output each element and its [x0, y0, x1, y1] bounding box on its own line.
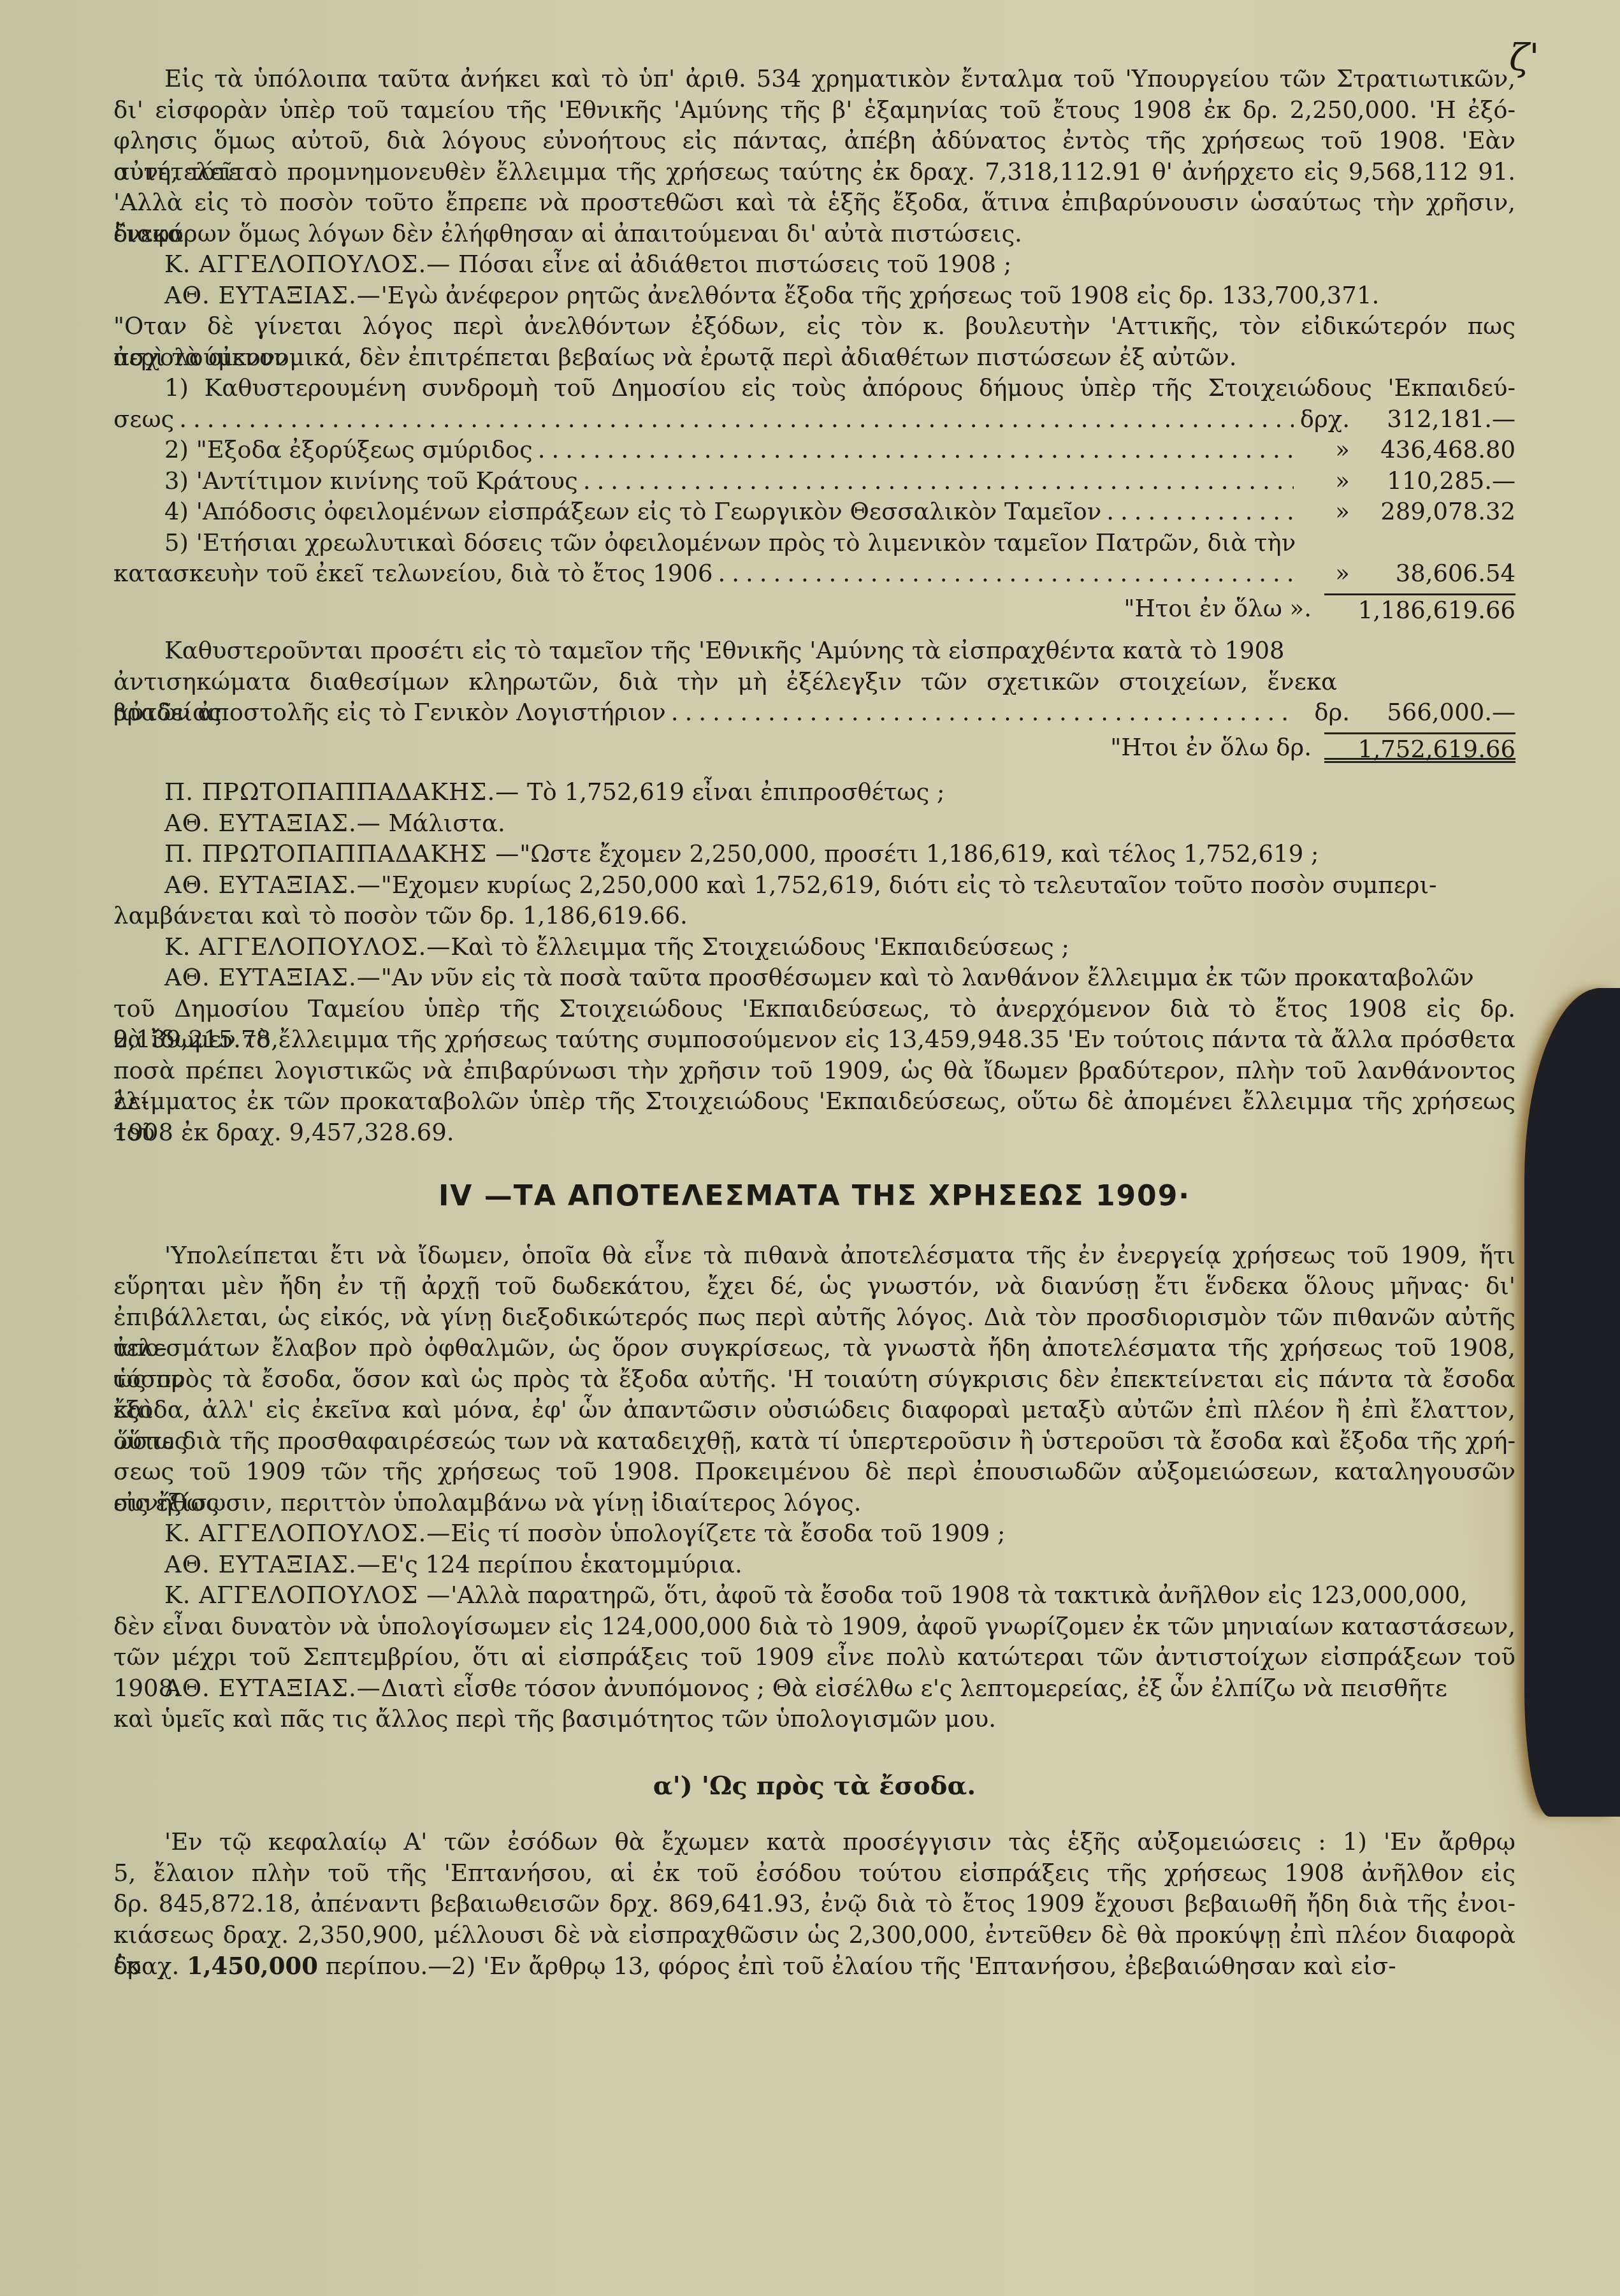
- text-line: δρ. 845,872.18, ἀπέναντι βεβαιωθεισῶν δρ…: [113, 1889, 1515, 1920]
- document-page: ζ' Εἰς τὰ ὑπόλοιπα ταῦτα ἀνήκει καὶ τὸ ὑ…: [0, 0, 1620, 2296]
- text-line: περὶ τὰ οἰκονομικά, δὲν ἐπιτρέπεται βεβα…: [113, 342, 1515, 374]
- text-line: ἐπιβάλλεται, ὡς εἰκός, νὰ γίνῃ διεξοδικώ…: [113, 1302, 1515, 1333]
- text-fragment: δραχ.: [113, 1952, 187, 1980]
- speech-text: 'Εγὼ ἀνέφερον ρητῶς ἀνελθόντα ἔξοδα τῆς …: [381, 282, 1379, 309]
- speaker-name: ΑΘ. ΕΥΤΑΞΙΑΣ.—: [164, 1551, 381, 1578]
- leader-dots: ........................................…: [179, 404, 1294, 435]
- speech-text: Πόσαι εἶνε αἱ ἀδιάθετοι πιστώσεις τοῦ 19…: [451, 251, 1011, 278]
- dialogue-line: ΑΘ. ΕΥΤΑΞΙΑΣ.—Ε'ς 124 περίπου ἑκατομμύρι…: [113, 1550, 1515, 1581]
- speech-text: Καὶ τὸ ἔλλειμμα τῆς Στοιχειώδους 'Εκπαιδ…: [451, 933, 1069, 961]
- dialogue-line: ΑΘ. ΕΥΤΑΞΙΑΣ.— Μάλιστα.: [113, 808, 1515, 839]
- text-line: Καθυστεροῦνται προσέτι εἰς τὸ ταμεῖον τῆ…: [113, 636, 1515, 667]
- speaker-name: ΑΘ. ΕΥΤΑΞΙΑΣ.—: [164, 282, 381, 309]
- expense-unit: »: [1299, 466, 1350, 497]
- dialogue-line: ΑΘ. ΕΥΤΑΞΙΑΣ.—Διατὶ εἶσθε τόσον ἀνυπόμον…: [113, 1673, 1515, 1704]
- expense-amount: 312,181.—: [1350, 404, 1515, 435]
- text-line: 1908 ἐκ δραχ. 9,457,328.69.: [113, 1117, 1515, 1149]
- leader-dots: ........................................…: [1106, 497, 1294, 528]
- subtotal-row: "Ητοι ἐν ὅλω ». 1,186,619.66: [113, 593, 1515, 625]
- speaker-name: Κ. ΑΓΓΕΛΟΠΟΥΛΟΣ.—: [164, 251, 451, 278]
- text-line: σεως τοῦ 1909 τῶν τῆς χρήσεως τοῦ 1908. …: [113, 1457, 1515, 1488]
- expense-unit: »: [1299, 497, 1350, 528]
- speaker-name: Κ. ΑΓΓΕΛΟΠΟΥΛΟΣ.—: [164, 1520, 451, 1547]
- expense-row: 2) "Εξοδα ἐξορύξεως σμύριδος ...........…: [113, 435, 1515, 466]
- expense-label: 4) 'Απόδοσις ὀφειλομένων εἰσπράξεων εἰς …: [164, 497, 1101, 528]
- text-line: λαμβάνεται καὶ τὸ ποσὸν τῶν δρ. 1,186,61…: [113, 901, 1515, 932]
- expense-unit: δρχ.: [1299, 404, 1350, 435]
- text-line: ὥστε διὰ τῆς προσθαφαιρέσεώς των νὰ κατα…: [113, 1426, 1515, 1457]
- text-column: Εἰς τὰ ὑπόλοιπα ταῦτα ἀνήκει καὶ τὸ ὑπ' …: [113, 64, 1515, 1982]
- text-line: 5, ἔλαιον πλὴν τοῦ τῆς 'Επτανήσου, αἱ ἐκ…: [113, 1858, 1515, 1889]
- expense-row: 4) 'Απόδοσις ὀφειλομένων εἰσπράξεων εἰς …: [113, 497, 1515, 528]
- speech-text: Ε'ς 124 περίπου ἑκατομμύρια.: [381, 1551, 742, 1578]
- arrears-amount: 566,000.—: [1350, 697, 1515, 729]
- text-line: 'Αλλὰ εἰς τὸ ποσὸν τοῦτο ἔπρεπε νὰ προστ…: [113, 187, 1515, 219]
- expense-amount: 38,606.54: [1350, 558, 1515, 590]
- speaker-name: Π. ΠΡΩΤΟΠΑΠΠΑΔΑΚΗΣ.—: [164, 778, 519, 806]
- dialogue-line: ΑΘ. ΕΥΤΑΞΙΑΣ.—'Εγὼ ἀνέφερον ρητῶς ἀνελθό…: [113, 280, 1515, 312]
- speech-text: Διατὶ εἶσθε τόσον ἀνυπόμονος ; Θὰ εἰσέλθ…: [381, 1675, 1447, 1702]
- speaker-name: Κ. ΑΓΓΕΛΟΠΟΥΛΟΣ —: [164, 1581, 451, 1609]
- expense-item-text: 1) Καθυστερουμένη συνδρομὴ τοῦ Δημοσίου …: [113, 373, 1515, 404]
- dialogue-line: Π. ΠΡΩΤΟΠΑΠΠΑΔΑΚΗΣ —"Ωστε ἔχομεν 2,250,0…: [113, 839, 1515, 870]
- expense-unit: »: [1299, 435, 1350, 466]
- subsection-paragraph: 'Εν τῷ κεφαλαίῳ Α' τῶν ἐσόδων θὰ ἔχωμεν …: [113, 1827, 1515, 1982]
- dialogue-block: Π. ΠΡΩΤΟΠΑΠΠΑΔΑΚΗΣ.— Τὸ 1,752,619 εἶναι …: [113, 777, 1515, 1148]
- section-paragraph: 'Υπολείπεται ἔτι νὰ ἴδωμεν, ὁποῖα θὰ εἶν…: [113, 1240, 1515, 1519]
- text-line: ὡς πρὸς τὰ ἔσοδα, ὅσον καὶ ὡς πρὸς τὰ ἔξ…: [113, 1364, 1515, 1395]
- expense-row: 3) 'Αντίτιμον κινίνης τοῦ Κράτους ......…: [113, 466, 1515, 497]
- speaker-name: Κ. ΑΓΓΕΛΟΠΟΥΛΟΣ.—: [164, 933, 451, 961]
- leader-dots: ........................................…: [671, 697, 1294, 729]
- grand-total-amount: 1,752,619.66: [1324, 732, 1515, 764]
- text-line: ἀντισηκώματα διαθεσίμων κληρωτῶν, διὰ τὴ…: [113, 667, 1337, 698]
- text-line: δι' εἰσφορὰν ὑπὲρ τοῦ ταμείου τῆς 'Εθνικ…: [113, 95, 1515, 126]
- leader-dots: ........................................…: [718, 558, 1294, 590]
- text-line: τελεσμάτων ἔλαβον πρὸ ὀφθαλμῶν, ὡς ὅρον …: [113, 1333, 1515, 1364]
- expense-label: 3) 'Αντίτιμον κινίνης τοῦ Κράτους: [164, 466, 578, 497]
- expense-item-text: 5) 'Ετήσιαι χρεωλυτικαὶ δόσεις τῶν ὀφειλ…: [113, 528, 1515, 559]
- subtotal-amount: 1,186,619.66: [1324, 593, 1515, 625]
- text-line: τοῦ Δημοσίου Ταμείου ὑπὲρ τῆς Στοιχειώδο…: [113, 994, 1515, 1025]
- speaker-name: ΑΘ. ΕΥΤΑΞΙΑΣ.—: [164, 1675, 381, 1702]
- expense-row: κατασκευὴν τοῦ ἐκεῖ τελωνείου, διὰ τὸ ἔτ…: [113, 558, 1515, 590]
- text-line: εἰς ἐξίσωσιν, περιττὸν ὑπολαμβάνω νὰ γίν…: [113, 1488, 1515, 1519]
- speaker-name: ΑΘ. ΕΥΤΑΞΙΑΣ.—: [164, 810, 381, 837]
- speech-text: "Ωστε ἔχομεν 2,250,000, προσέτι 1,186,61…: [519, 840, 1319, 868]
- arrears-paragraph: Καθυστεροῦνται προσέτι εἰς τὸ ταμεῖον τῆ…: [113, 636, 1515, 763]
- section-heading: IV —ΤΑ ΑΠΟΤΕΛΕΣΜΑΤΑ ΤΗΣ ΧΡΗΣΕΩΣ 1909·: [113, 1181, 1515, 1212]
- grand-total-label: "Ητοι ἐν ὅλω δρ.: [1110, 732, 1324, 764]
- arrears-label: αὐτῶν ἀποστολῆς εἰς τὸ Γενικὸν Λογιστήρι…: [113, 697, 666, 729]
- expense-amount: 110,285.—: [1350, 466, 1515, 497]
- subtotal-label: "Ητοι ἐν ὅλω ».: [1124, 593, 1324, 625]
- speech-text: Εἰς τί ποσὸν ὑπολογίζετε τὰ ἔσοδα τοῦ 19…: [451, 1520, 1005, 1547]
- speaker-name: Π. ΠΡΩΤΟΠΑΠΠΑΔΑΚΗΣ —: [164, 840, 519, 868]
- dialogue-line: Κ. ΑΓΓΕΛΟΠΟΥΛΟΣ.—Εἰς τί ποσὸν ὑπολογίζετ…: [113, 1518, 1515, 1550]
- dialogue-line: ΑΘ. ΕΥΤΑΞΙΑΣ.—"Εχομεν κυρίως 2,250,000 κ…: [113, 870, 1515, 901]
- speaker-name: ΑΘ. ΕΥΤΑΞΙΑΣ.—: [164, 871, 381, 899]
- text-line: καὶ ὑμεῖς καὶ πᾶς τις ἄλλος περὶ τῆς βασ…: [113, 1704, 1515, 1735]
- text-line: ποσὰ πρέπει λογιστικῶς νὰ ἐπιβαρύνωσι τὴ…: [113, 1056, 1515, 1087]
- text-line: 'Εν τῷ κεφαλαίῳ Α' τῶν ἐσόδων θὰ ἔχωμεν …: [113, 1827, 1515, 1858]
- dialogue-line: Κ. ΑΓΓΕΛΟΠΟΥΛΟΣ.—Καὶ τὸ ἔλλειμμα τῆς Στο…: [113, 932, 1515, 963]
- text-line: κιάσεως δραχ. 2,350,900, μέλλουσι δὲ νὰ …: [113, 1920, 1515, 1951]
- subsection-heading: α') 'Ως πρὸς τὰ ἔσοδα.: [113, 1771, 1515, 1802]
- text-line: εὕρηται μὲν ἤδη ἐν τῇ ἀρχῇ τοῦ δωδεκάτου…: [113, 1271, 1515, 1302]
- expense-label: 2) "Εξοδα ἐξορύξεως σμύριδος: [164, 435, 533, 466]
- speaker-name: ΑΘ. ΕΥΤΑΞΙΑΣ.—: [164, 964, 381, 991]
- text-line: 'Υπολείπεται ἔτι νὰ ἴδωμεν, ὁποῖα θὰ εἶν…: [113, 1240, 1515, 1272]
- text-fragment: περίπου.—2) 'Εν ἄρθρῳ 13, φόρος ἐπὶ τοῦ …: [318, 1952, 1396, 1980]
- intro-paragraph: Εἰς τὰ ὑπόλοιπα ταῦτα ἀνήκει καὶ τὸ ὑπ' …: [113, 64, 1515, 249]
- arrears-row: αὐτῶν ἀποστολῆς εἰς τὸ Γενικὸν Λογιστήρι…: [113, 697, 1515, 729]
- dialogue-line: Κ. ΑΓΓΕΛΟΠΟΥΛΟΣ.— Πόσαι εἶνε αἱ ἀδιάθετο…: [113, 249, 1515, 280]
- grand-total-row: "Ητοι ἐν ὅλω δρ. 1,752,619.66: [113, 732, 1515, 764]
- text-line: δὲν εἶναι δυνατὸν νὰ ὑπολογίσωμεν εἰς 12…: [113, 1611, 1515, 1643]
- expenses-list: 1) Καθυστερουμένη συνδρομὴ τοῦ Δημοσίου …: [113, 373, 1515, 624]
- text-line: αὐτή, τότε τὸ προμνημονευθὲν ἔλλειμμα τῆ…: [113, 157, 1515, 188]
- speech-text: Τὸ 1,752,619 εἶναι ἐπιπροσθέτως ;: [519, 778, 944, 806]
- text-line: λείμματος ἐκ τῶν προκαταβολῶν ὑπὲρ τῆς Σ…: [113, 1086, 1515, 1117]
- text-line: ἔξοδα, ἀλλ' εἰς ἐκεῖνα καὶ μόνα, ἐφ' ὧν …: [113, 1395, 1515, 1426]
- text-line: τῶν μέχρι τοῦ Σεπτεμβρίου, ὅτι αἱ εἰσπρά…: [113, 1642, 1515, 1673]
- leader-dots: ........................................…: [538, 435, 1294, 466]
- torn-page-edge: [1524, 988, 1620, 1817]
- speech-text: "Εχομεν κυρίως 2,250,000 καὶ 1,752,619, …: [381, 871, 1437, 899]
- expense-amount: 289,078.32: [1350, 497, 1515, 528]
- expense-unit: »: [1299, 558, 1350, 590]
- arrears-unit: δρ.: [1299, 697, 1350, 729]
- dialogue-line: Κ. ΑΓΓΕΛΟΠΟΥΛΟΣ —'Αλλὰ παρατηρῶ, ὅτι, ἀφ…: [113, 1580, 1515, 1611]
- text-line: "Οταν δὲ γίνεται λόγος περὶ ἀνελθόντων ἐ…: [113, 311, 1515, 342]
- text-line: θὰ ἴδωμεν τὸ ἔλλειμμα τῆς χρήσεως ταύτης…: [113, 1024, 1515, 1056]
- text-line: δραχ. 1,450,000 περίπου.—2) 'Εν ἄρθρῳ 13…: [113, 1951, 1515, 1982]
- expense-label: σεως: [113, 404, 174, 435]
- bold-amount: 1,450,000: [187, 1952, 318, 1980]
- text-line: φλησις ὅμως αὐτοῦ, διὰ λόγους εὐνοήτους …: [113, 126, 1515, 157]
- text-line: διαφόρων ὅμως λόγων δὲν ἐλήφθησαν αἱ ἀπα…: [113, 219, 1515, 250]
- leader-dots: ........................................…: [583, 466, 1294, 497]
- dialogue-line: ΑΘ. ΕΥΤΑΞΙΑΣ.—"Αν νῦν εἰς τὰ ποσὰ ταῦτα …: [113, 963, 1515, 994]
- text-line: Εἰς τὰ ὑπόλοιπα ταῦτα ἀνήκει καὶ τὸ ὑπ' …: [113, 64, 1515, 95]
- expense-label: κατασκευὴν τοῦ ἐκεῖ τελωνείου, διὰ τὸ ἔτ…: [113, 558, 712, 590]
- expense-amount: 436,468.80: [1350, 435, 1515, 466]
- dialogue-line: Π. ΠΡΩΤΟΠΑΠΠΑΔΑΚΗΣ.— Τὸ 1,752,619 εἶναι …: [113, 777, 1515, 808]
- speech-text: "Αν νῦν εἰς τὰ ποσὰ ταῦτα προσθέσωμεν κα…: [381, 964, 1474, 991]
- speech-text: Μάλιστα.: [381, 810, 505, 837]
- speech-text: 'Αλλὰ παρατηρῶ, ὅτι, ἀφοῦ τὰ ἔσοδα τοῦ 1…: [451, 1581, 1467, 1609]
- expense-row: σεως ...................................…: [113, 404, 1515, 435]
